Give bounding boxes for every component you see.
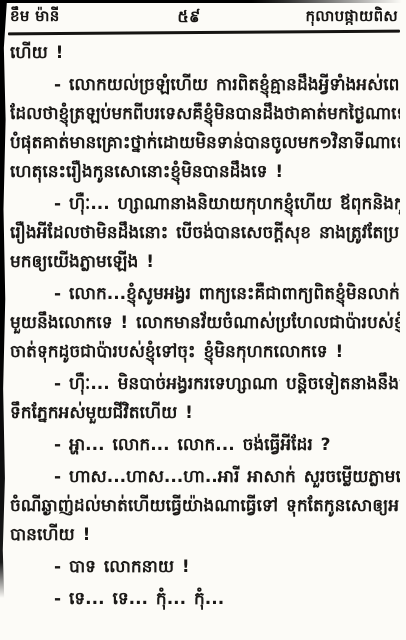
text-line: ហេតុនេះរឿងកូនសោនោះខ្ញុំមិនបានដឹងទេ !: [10, 158, 400, 187]
text-line: ដែលថាខ្ញុំត្រឡប់មកពីបរទេសគឺខ្ញុំមិនបានដឹ…: [10, 100, 400, 129]
text-line: បានហើយ !: [10, 521, 400, 550]
text-line: ហើយ !: [10, 39, 400, 68]
text-line: បំផុតគាត់មានគ្រោះថ្នាក់ដោយមិនទាន់បានចូលម…: [10, 129, 400, 158]
text-line: - ហាស...ហាស...ហា..អារី អាសាក់ សួរចម្លើយភ…: [10, 463, 400, 492]
text-line: - លោក...ខ្ញុំសូមអង្វរ ពាក្យនេះគឺជាពាក្យព…: [10, 280, 400, 309]
book-title: កុលាបផ្កាយពិស: [278, 7, 398, 29]
body-text: ហើយ !- លោកយល់ច្រឡំហើយ ការពិតខ្ញុំគ្មានដឹ…: [10, 39, 400, 614]
text-line: មួយនឹងលោកទេ ! លោកមានវ័យចំណាស់ប្រហែលជាប៉ា…: [10, 309, 400, 338]
author-name: ខឹម ម៉ានី: [10, 7, 100, 29]
text-line: ទឹកភ្នែកអស់មួយជីវិតហើយ !: [10, 399, 400, 428]
book-page: ខឹម ម៉ានី ៥៩ កុលាបផ្កាយពិស ហើយ !- លោកយល់…: [0, 0, 406, 640]
text-line: - លោកយល់ច្រឡំហើយ ការពិតខ្ញុំគ្មានដឹងអ្វី…: [10, 71, 400, 100]
scan-edge-left: [0, 0, 7, 598]
text-line: រឿងអីដែលថាមិនដឹងនោះ បើចង់បានសេចក្ដីសុខ ន…: [10, 219, 400, 248]
text-line: - អ្ហា... លោក... លោក... ចង់ធ្វើអីដែរ ?: [10, 431, 400, 460]
text-line: មកឲ្យយើងភ្លាមឡើង !: [10, 248, 400, 277]
text-line: - ហ៊ឺៈ... មិនបាច់អង្វរករទេហ្សាណា បន្តិចទ…: [10, 370, 400, 399]
scan-edge-top: [0, 0, 406, 3]
page-header: ខឹម ម៉ានី ៥៩ កុលាបផ្កាយពិស: [10, 5, 398, 31]
text-line: - បាទ លោកនាយ !: [10, 553, 400, 582]
page-number: ៥៩: [100, 6, 278, 30]
text-line: ចំណីឆ្ងាញ់ដល់មាត់ហើយធ្វើយ៉ាងណាធ្វើទៅ ទុក…: [10, 492, 400, 521]
text-line: ចាត់ទុកដូចជាប៉ារបស់ខ្ញុំទៅចុះ ខ្ញុំមិនកុ…: [10, 338, 400, 367]
text-line: - ហ៊ឺៈ... ហ្សាណានាងនិយាយកុហកខ្ញុំហើយ ឪពុ…: [10, 190, 400, 219]
text-line: - ទេ... ទេ... កុំ... កុំ...: [10, 585, 400, 614]
